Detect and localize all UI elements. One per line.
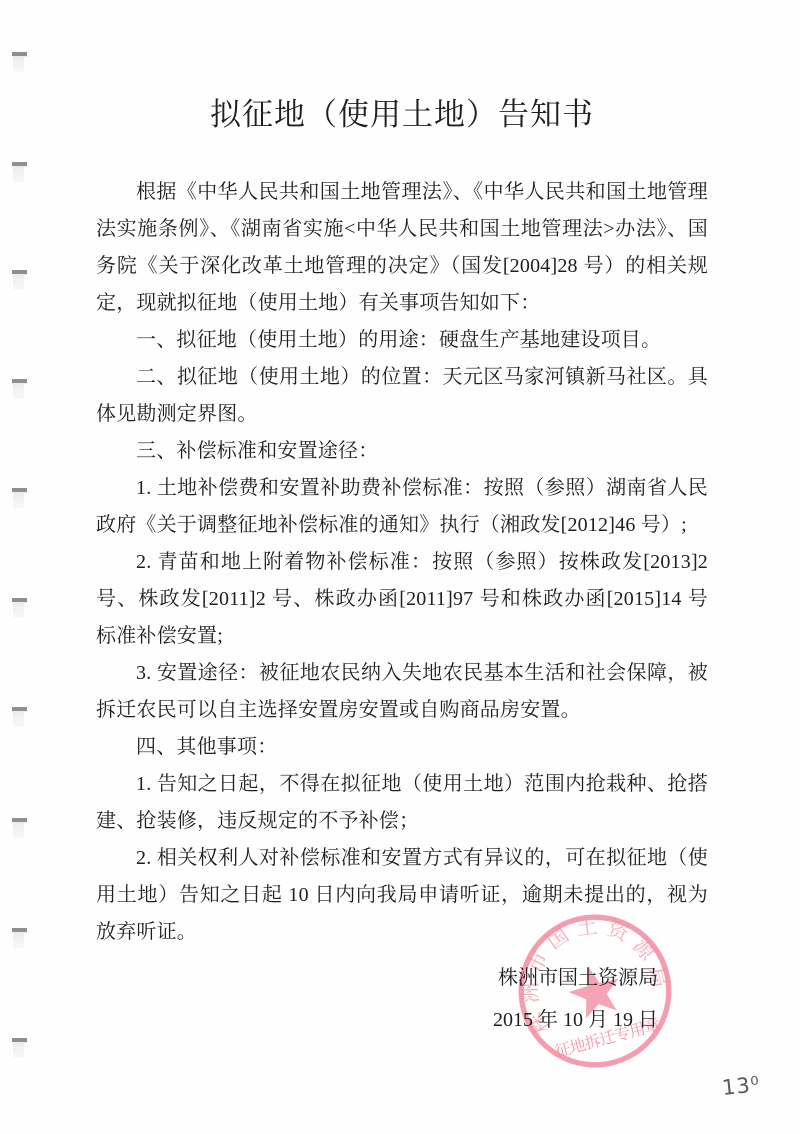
paragraph: 一、拟征地（使用土地）的用途：硬盘生产基地建设项目。 — [96, 322, 708, 359]
paragraph: 3. 安置途径：被征地农民纳入失地农民基本生活和社会保障，被拆迁农民可以自主选择… — [96, 655, 708, 729]
paragraph: 2. 青苗和地上附着物补偿标准：按照（参照）按株政发[2013]2 号、株政发[… — [96, 544, 708, 655]
binding-mark — [12, 1038, 27, 1060]
signature-block: 株洲市国土资源局 2015 年 10 月 19 日 — [96, 957, 708, 1041]
paragraph: 2. 相关权利人对补偿标准和安置方式有异议的，可在拟征地（使用土地）告知之日起 … — [96, 840, 708, 951]
page-title: 拟征地（使用土地）告知书 — [96, 94, 708, 136]
document-body: 拟征地（使用土地）告知书 根据《中华人民共和国土地管理法》、《中华人民共和国土地… — [96, 0, 708, 1041]
scanned-notice-page: 拟征地（使用土地）告知书 根据《中华人民共和国土地管理法》、《中华人民共和国土地… — [0, 0, 800, 1134]
binding-mark — [12, 598, 27, 620]
paragraph: 根据《中华人民共和国土地管理法》、《中华人民共和国土地管理法实施条例》、《湖南省… — [96, 174, 708, 322]
paragraph: 四、其他事项： — [96, 729, 708, 766]
binding-mark — [12, 818, 27, 840]
paragraph: 二、拟征地（使用土地）的位置：天元区马家河镇新马社区。具体见勘测定界图。 — [96, 359, 708, 433]
handwritten-page-number: 13⁰ — [721, 1072, 761, 1100]
paragraph: 1. 土地补偿费和安置补助费补偿标准：按照（参照）湖南省人民政府《关于调整征地补… — [96, 470, 708, 544]
issuer-name: 株洲市国土资源局 — [96, 957, 658, 999]
paragraph: 1. 告知之日起，不得在拟征地（使用土地）范围内抢栽种、抢搭建、抢装修，违反规定… — [96, 766, 708, 840]
binding-mark — [12, 928, 27, 950]
binding-mark — [12, 707, 27, 729]
paragraph: 三、补偿标准和安置途径： — [96, 433, 708, 470]
paragraphs: 根据《中华人民共和国土地管理法》、《中华人民共和国土地管理法实施条例》、《湖南省… — [96, 174, 708, 951]
binding-mark — [12, 270, 27, 292]
binding-mark — [12, 162, 27, 184]
issue-date: 2015 年 10 月 19 日 — [96, 999, 658, 1041]
binding-mark — [12, 379, 27, 401]
binding-mark — [12, 488, 27, 510]
binding-mark — [12, 52, 27, 74]
